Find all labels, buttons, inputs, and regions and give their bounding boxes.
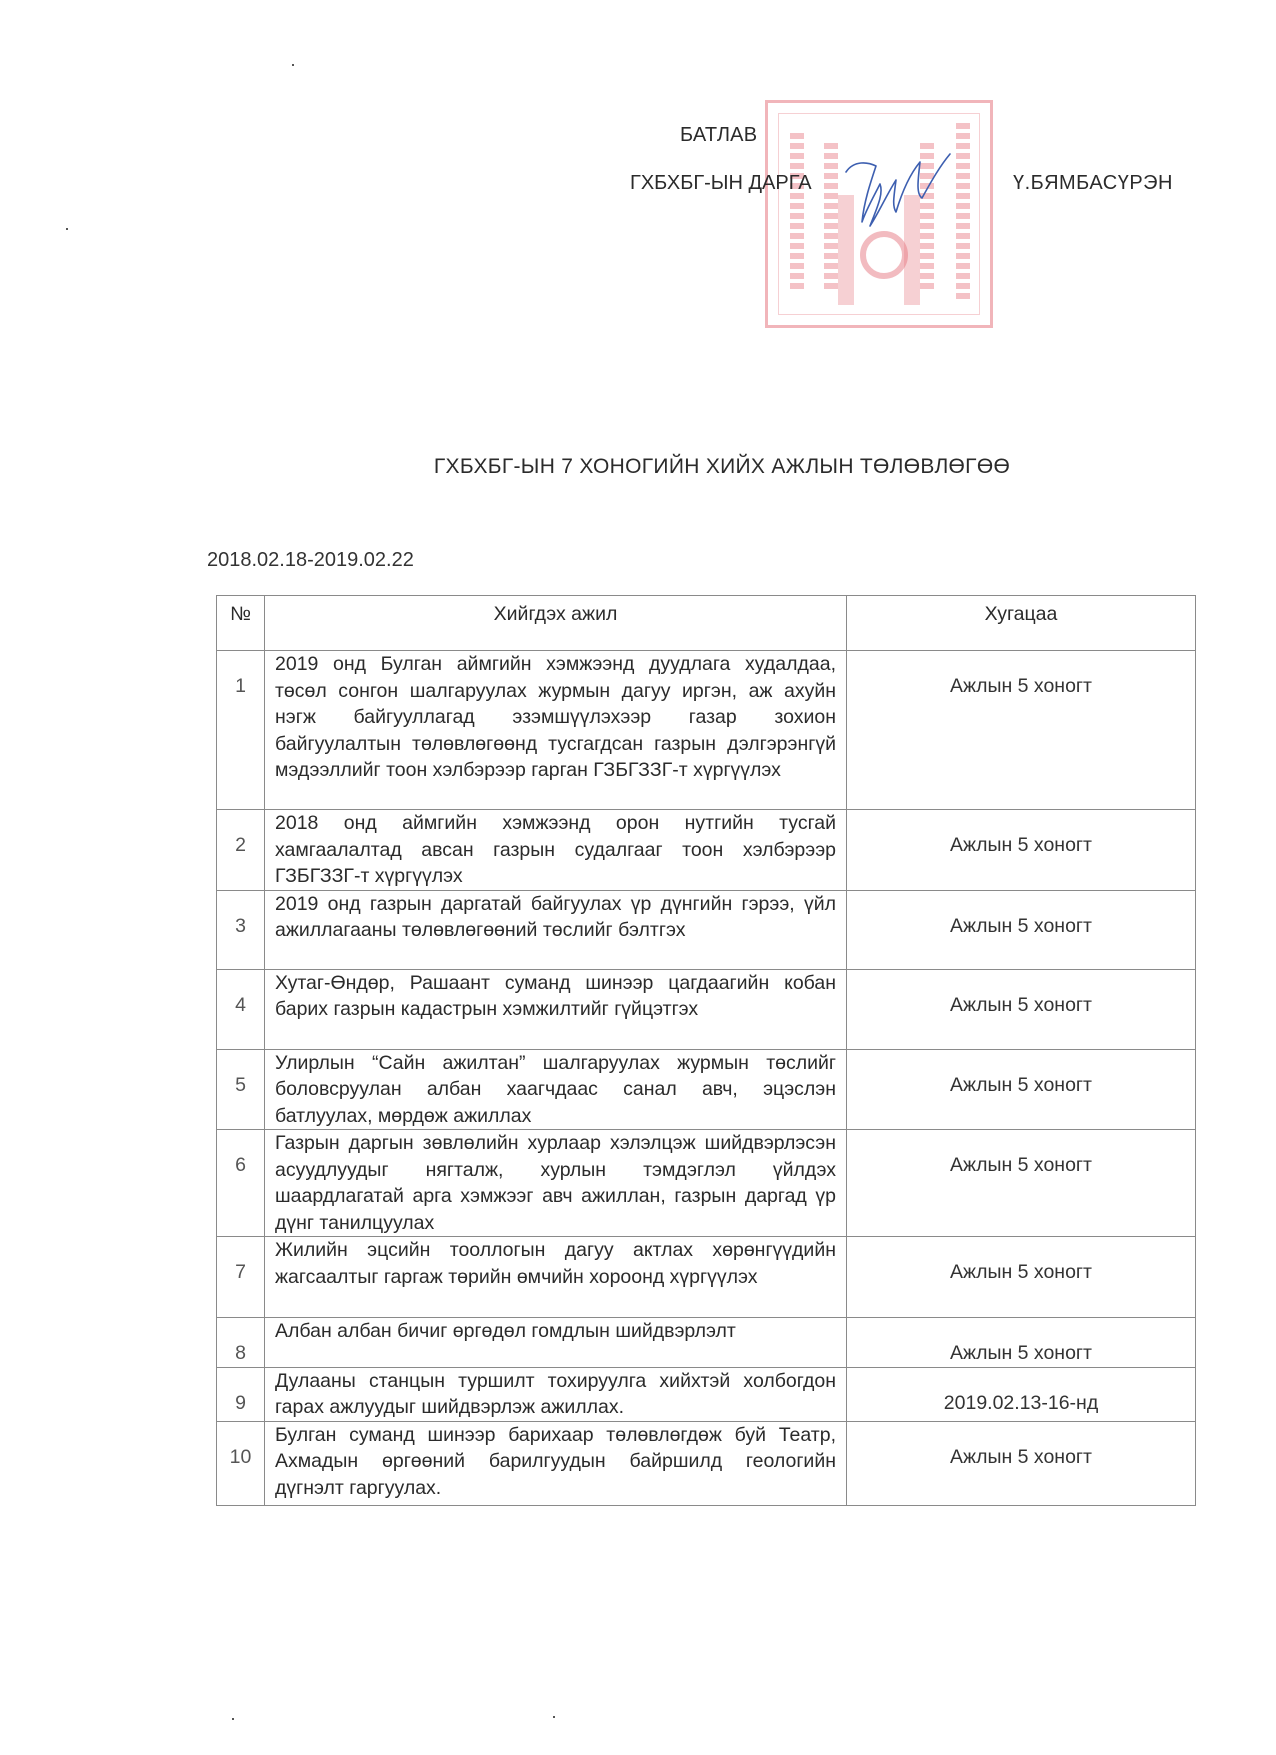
header-number: № [217, 596, 265, 651]
row-number: 2 [217, 810, 265, 891]
document-title: ГХБХБГ-ЫН 7 ХОНОГИЙН ХИЙХ АЖЛЫН ТӨЛӨВЛӨГ… [0, 455, 1276, 479]
row-task: Булган суманд шинээр барихаар төлөвлөгдө… [265, 1421, 847, 1505]
row-term: Ажлын 5 хоногт [847, 651, 1196, 810]
row-task: Улирлын “Сайн ажилтан” шалгаруулах журмы… [265, 1049, 847, 1130]
row-task: Дулааны станцын туршилт тохируулга хийхт… [265, 1367, 847, 1421]
row-task: Газрын даргын зөвлөлийн хурлаар хэлэлцэж… [265, 1130, 847, 1237]
scan-speck [232, 1718, 234, 1720]
row-number: 4 [217, 969, 265, 1049]
row-number: 3 [217, 890, 265, 969]
row-term: 2019.02.13-16-нд [847, 1367, 1196, 1421]
table-row: 22018 онд аймгийн хэмжээнд орон нутгийн … [217, 810, 1196, 891]
table-row: 8Албан албан бичиг өргөдөл гомдлын шийдв… [217, 1318, 1196, 1368]
row-term: Ажлын 5 хоногт [847, 890, 1196, 969]
row-term: Ажлын 5 хоногт [847, 969, 1196, 1049]
row-number: 10 [217, 1421, 265, 1505]
table-row: 7Жилийн эцсийн тооллогын дагуу актлах хө… [217, 1237, 1196, 1318]
signature-icon [840, 140, 960, 240]
approver-position: ГХБХБГ-ЫН ДАРГА [630, 172, 812, 195]
row-number: 9 [217, 1367, 265, 1421]
stamp-script-column [790, 133, 804, 293]
row-term: Ажлын 5 хоногт [847, 1237, 1196, 1318]
work-plan-table: № Хийгдэх ажил Хугацаа 12019 онд Булган … [216, 595, 1196, 1506]
row-task: Албан албан бичиг өргөдөл гомдлын шийдвэ… [265, 1318, 847, 1368]
approval-label: БАТЛАВ [680, 124, 757, 147]
row-task: 2019 онд газрын даргатай байгуулах үр дү… [265, 890, 847, 969]
scan-speck [66, 228, 68, 230]
table-header-row: № Хийгдэх ажил Хугацаа [217, 596, 1196, 651]
row-number: 7 [217, 1237, 265, 1318]
row-number: 8 [217, 1318, 265, 1368]
row-task: 2018 онд аймгийн хэмжээнд орон нутгийн т… [265, 810, 847, 891]
header-task: Хийгдэх ажил [265, 596, 847, 651]
plan-period: 2018.02.18-2019.02.22 [207, 549, 414, 572]
row-term: Ажлын 5 хоногт [847, 1318, 1196, 1368]
table-row: 6Газрын даргын зөвлөлийн хурлаар хэлэлцэ… [217, 1130, 1196, 1237]
row-term: Ажлын 5 хоногт [847, 1049, 1196, 1130]
scan-speck [292, 64, 294, 66]
row-task: 2019 онд Булган аймгийн хэмжээнд дуудлаг… [265, 651, 847, 810]
row-term: Ажлын 5 хоногт [847, 810, 1196, 891]
header-term: Хугацаа [847, 596, 1196, 651]
table-row: 4Хутаг-Өндөр, Рашаант суманд шинээр цагд… [217, 969, 1196, 1049]
row-number: 1 [217, 651, 265, 810]
table-row: 10Булган суманд шинээр барихаар төлөвлөг… [217, 1421, 1196, 1505]
row-task: Жилийн эцсийн тооллогын дагуу актлах хөр… [265, 1237, 847, 1318]
approver-name: Ү.БЯМБАСҮРЭН [1013, 172, 1173, 195]
row-number: 6 [217, 1130, 265, 1237]
table-row: 32019 онд газрын даргатай байгуулах үр д… [217, 890, 1196, 969]
table-row: 5Улирлын “Сайн ажилтан” шалгаруулах журм… [217, 1049, 1196, 1130]
table-row: 9Дулааны станцын туршилт тохируулга хийх… [217, 1367, 1196, 1421]
row-term: Ажлын 5 хоногт [847, 1421, 1196, 1505]
document-title-text: ГХБХБГ-ЫН 7 ХОНОГИЙН ХИЙХ АЖЛЫН ТӨЛӨВЛӨГ… [434, 455, 1010, 478]
scan-speck [553, 1716, 555, 1718]
stamp-script-column [824, 143, 838, 293]
table-row: 12019 онд Булган аймгийн хэмжээнд дуудла… [217, 651, 1196, 810]
row-number: 5 [217, 1049, 265, 1130]
row-task: Хутаг-Өндөр, Рашаант суманд шинээр цагда… [265, 969, 847, 1049]
row-term: Ажлын 5 хоногт [847, 1130, 1196, 1237]
